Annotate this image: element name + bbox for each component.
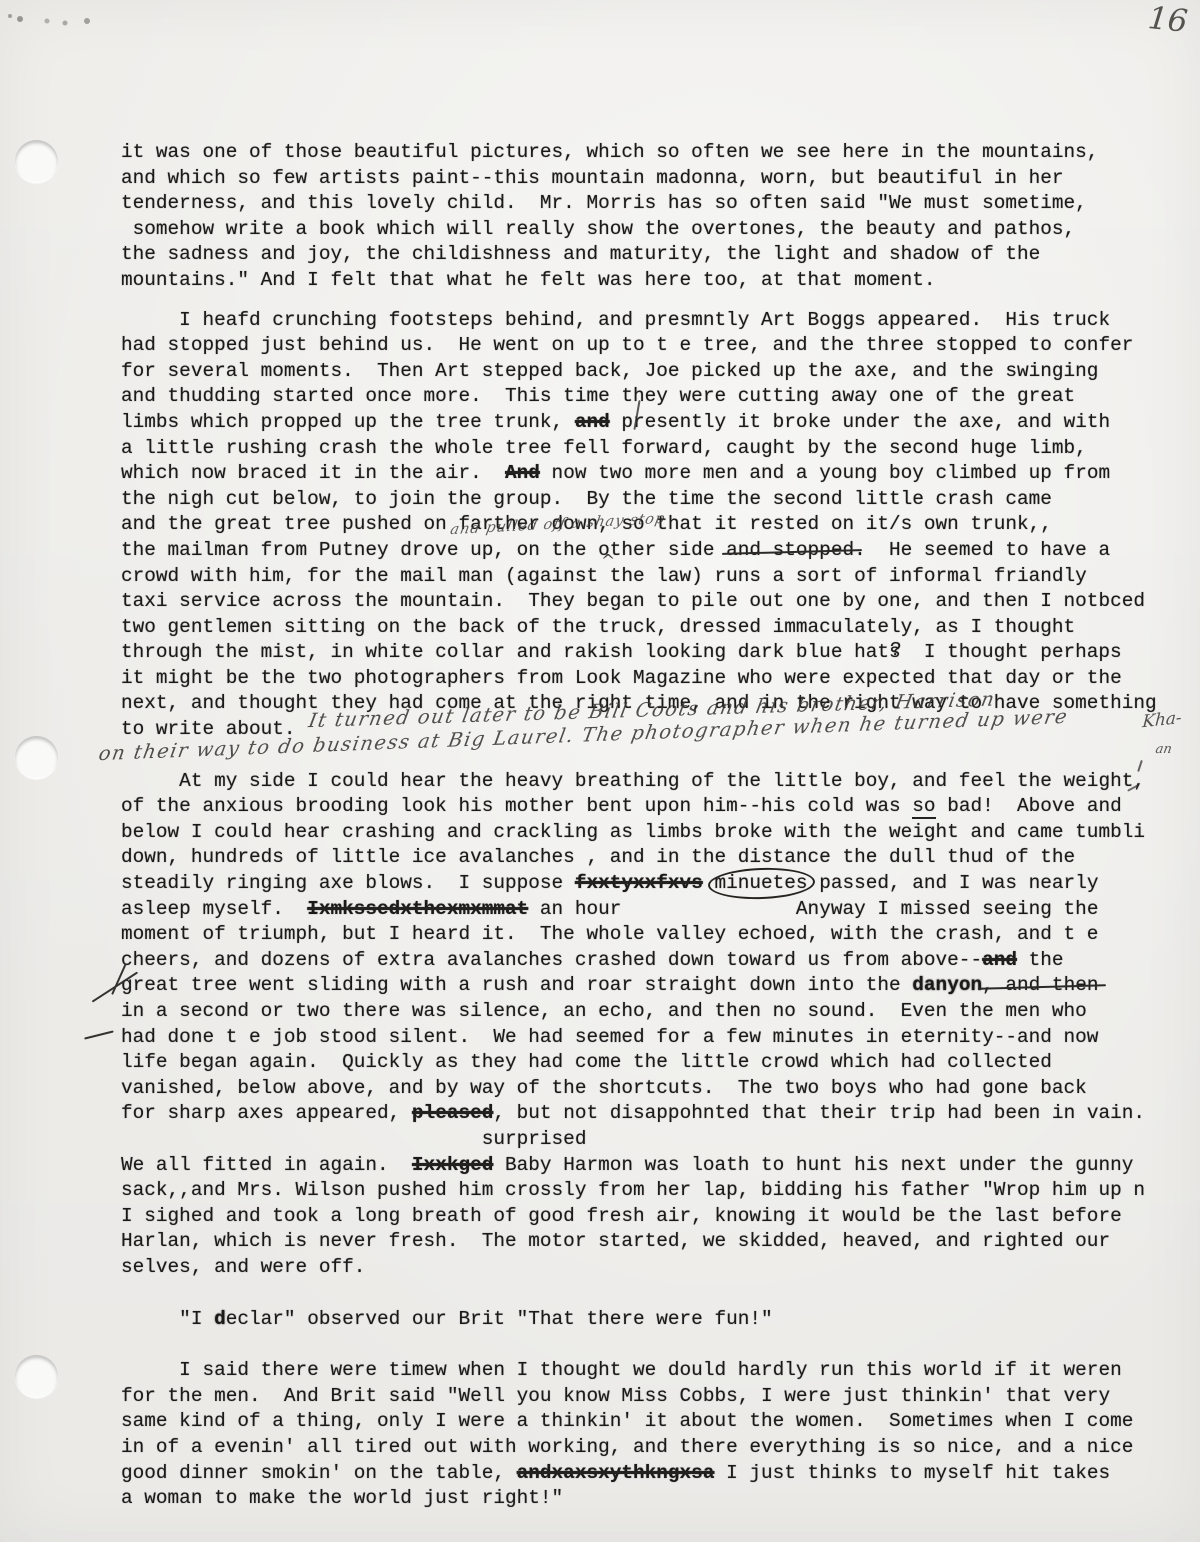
typed-line: moment of triumph, but I heard it. The w…	[121, 922, 1187, 948]
typed-line: for the men. And Brit said "Well you kno…	[121, 1384, 1187, 1410]
typed-line: the mailman from Putney drove up, on the…	[121, 538, 1187, 564]
typed-line: I sighed and took a long breath of good …	[121, 1204, 1187, 1230]
typed-line: limbs which propped up the tree trunk, a…	[121, 410, 1187, 436]
typed-line: At my side I could hear the heavy breath…	[121, 769, 1187, 795]
typed-line: in a second or two there was silence, an…	[121, 999, 1187, 1025]
typescript-body: it was one of those beautiful pictures, …	[121, 140, 1187, 1512]
typed-line: selves, and were off.	[121, 1255, 1187, 1281]
typed-line: through the mist, in white collar and ra…	[121, 640, 1187, 666]
typed-line: We all fitted in again. Ixxkged Baby Har…	[121, 1153, 1187, 1179]
handwritten-caret: ^	[601, 551, 615, 571]
handwritten-kha: Kha-	[1142, 708, 1183, 732]
typed-line: below I could hear crashing and cracklin…	[121, 820, 1187, 846]
typed-line: which now braced it in the air. And now …	[121, 461, 1187, 487]
typed-line: taxi service across the mountain. They b…	[121, 589, 1187, 615]
typed-line: somehow write a book which will really s…	[121, 217, 1187, 243]
typed-line: and which so few artists paint--this mou…	[121, 166, 1187, 192]
typed-line: great tree went sliding with a rush and …	[121, 973, 1187, 999]
typed-line: cheers, and dozens of extra avalanches c…	[121, 948, 1187, 974]
punch-hole-top	[15, 140, 58, 183]
typed-line: life began again. Quickly as they had co…	[121, 1050, 1187, 1076]
punch-hole-middle	[15, 736, 58, 779]
typed-line: surprised	[121, 1127, 1187, 1153]
typed-line: two gentlemen sitting on the back of the…	[121, 615, 1187, 641]
typed-line: and thudding started once more. This tim…	[121, 384, 1187, 410]
typed-line: down, hundreds of little ice avalanches …	[121, 845, 1187, 871]
typed-line: crowd with him, for the mail man (agains…	[121, 564, 1187, 590]
margin-dash-mark	[84, 1030, 114, 1040]
punch-hole-bottom	[15, 1355, 58, 1398]
typed-line: it was one of those beautiful pictures, …	[121, 140, 1187, 166]
typed-line: in of a evenin' all tired out with worki…	[121, 1435, 1187, 1461]
typed-line: of the anxious brooding look his mother …	[121, 794, 1187, 820]
typed-line: vanished, below above, and by way of the…	[121, 1076, 1187, 1102]
typed-line: I said there were timew when I thought w…	[121, 1358, 1187, 1384]
typed-line: asleep myself. Ixmkssedxthexmxmmat an ho…	[121, 897, 1187, 923]
paragraph: it was one of those beautiful pictures, …	[121, 140, 1187, 294]
typed-line: had done t e job stood silent. We had se…	[121, 1025, 1187, 1051]
typed-line: tenderness, and this lovely child. Mr. M…	[121, 191, 1187, 217]
paragraph: "I declar" observed our Brit "That there…	[121, 1307, 1187, 1333]
handwritten-page-number: 16	[1146, 0, 1189, 40]
typed-line: a woman to make the world just right!"	[121, 1486, 1187, 1512]
typed-line: for several moments. Then Art stepped ba…	[121, 359, 1187, 385]
typed-line: mountains." And I felt that what he felt…	[121, 268, 1187, 294]
typed-line: the sadness and joy, the childishness an…	[121, 242, 1187, 268]
typed-line: Harlan, which is never fresh. The motor …	[121, 1229, 1187, 1255]
handwritten-an: an	[1154, 742, 1173, 757]
typed-line: "I declar" observed our Brit "That there…	[121, 1307, 1187, 1333]
typed-line: same kind of a thing, only I were a thin…	[121, 1409, 1187, 1435]
typed-line: had stopped just behind us. He went on u…	[121, 333, 1187, 359]
paragraph: At my side I could hear the heavy breath…	[121, 769, 1187, 1281]
typed-line: good dinner smokin' on the table, andxax…	[121, 1461, 1187, 1487]
paragraph: I said there were timew when I thought w…	[121, 1358, 1187, 1512]
manuscript-page: 16 it was one of those beautiful picture…	[0, 0, 1200, 1542]
typed-line: for sharp axes appeared, pleased, but no…	[121, 1101, 1187, 1127]
typed-line: a little rushing crash the whole tree fe…	[121, 436, 1187, 462]
typed-line: steadily ringing axe blows. I suppose fx…	[121, 871, 1187, 897]
pencil-smudge-dots	[0, 0, 4, 4]
typed-line: I heafd crunching footsteps behind, and …	[121, 308, 1187, 334]
typed-line: it might be the two photographers from L…	[121, 666, 1187, 692]
typed-line: sack,,and Mrs. Wilson pushed him crossly…	[121, 1178, 1187, 1204]
typed-line: the nigh cut below, to join the group. B…	[121, 487, 1187, 513]
